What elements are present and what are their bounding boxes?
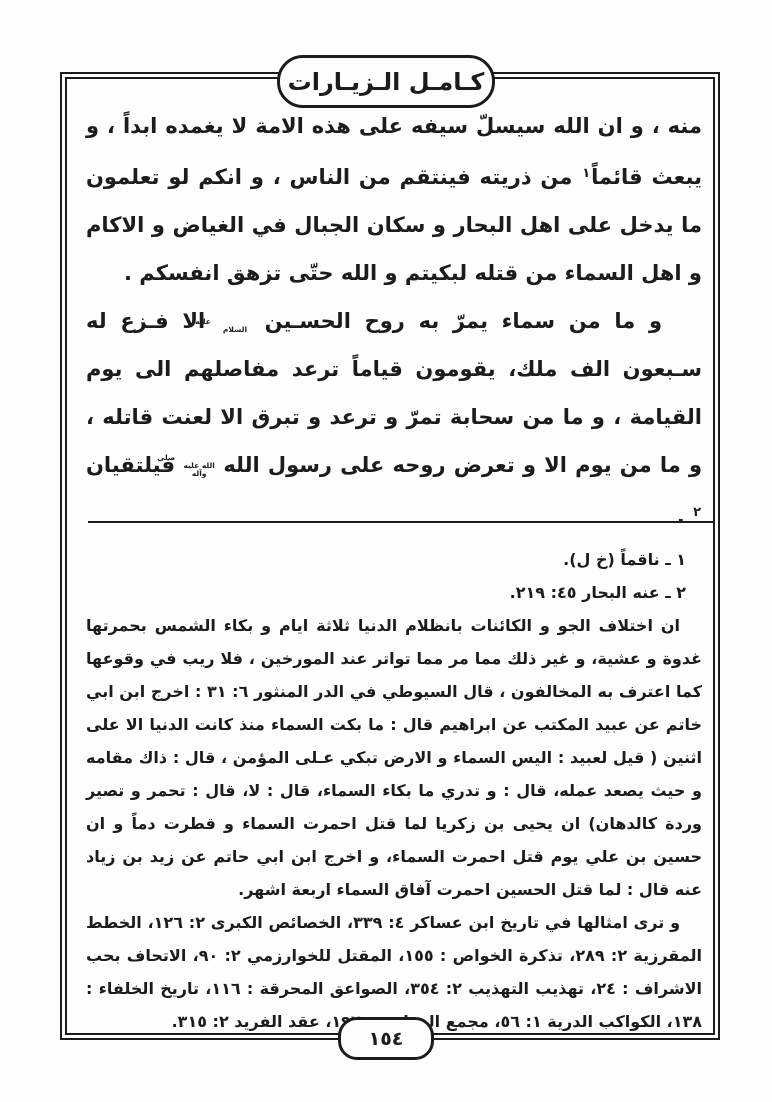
footnote-marker: ١	[581, 166, 591, 181]
text-run: الا فـزع له سـبعون الف ملك، يقومون قياما…	[86, 309, 702, 477]
footnote-paragraph: ان اختلاف الجو و الكائنات بانظلام الدنيا…	[86, 609, 702, 906]
book-page: كـامـل الـزيـارات منه ، و ان الله سيسلّ …	[0, 0, 772, 1102]
page-number: ١٥٤	[369, 1028, 404, 1050]
footnotes: ١ ـ ناقماً (خ ل).٢ ـ عنه البحار ٤٥: ٢١٩.…	[86, 543, 702, 1038]
running-head-cartouche: كـامـل الـزيـارات	[277, 55, 495, 108]
honorific-symbol: صلى الله عليه وآله	[183, 454, 215, 478]
body-paragraph: منه ، و ان الله سيسلّ سيفه على هذه الامة…	[86, 102, 702, 297]
page-number-badge: ١٥٤	[338, 1017, 434, 1060]
book-title: كـامـل الـزيـارات	[288, 68, 485, 96]
main-text: منه ، و ان الله سيسلّ سيفه على هذه الامة…	[86, 102, 702, 540]
footnote-marker: ٢	[692, 505, 702, 520]
honorific-symbol: عليه السلام	[219, 318, 251, 334]
footnote-item: ١ ـ ناقماً (خ ل).	[86, 543, 702, 576]
text-run: و ما من سماء يمرّ به روح الحسـين	[251, 309, 662, 333]
body-paragraph: و ما من سماء يمرّ به روح الحسـين عليه ال…	[86, 297, 702, 540]
footnote-separator	[88, 521, 714, 523]
text-run: .	[677, 504, 692, 528]
footnote-item: ٢ ـ عنه البحار ٤٥: ٢١٩.	[86, 576, 702, 609]
